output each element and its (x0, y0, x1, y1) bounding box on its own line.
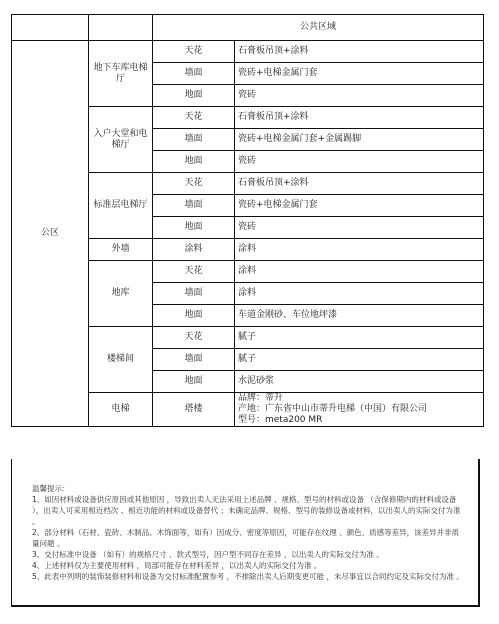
part-cell: 墙面 (153, 63, 235, 85)
material-cell: 腻子 (235, 349, 484, 371)
note-item-4: 4、上述材料仅为主要使用材料 ，局部可能存在材料差异 ，以出卖人的实际交付为准 … (32, 560, 464, 571)
material-cell: 瓷砖 (235, 85, 484, 107)
note-item-2: 2、部分材料（石材、瓷砖、木制品、木饰面等，如有）因成分、密度等原因，可能存在纹… (32, 527, 464, 549)
material-cell: 石膏板吊顶+涂料 (235, 173, 484, 195)
material-cell: 涂料 (235, 261, 484, 283)
note-item-3: 3、交付标准中设备 （如有）的规格尺寸 、款式型号，因户型不同存在差异 ，以出卖… (32, 549, 464, 560)
part-cell: 墙面 (153, 195, 235, 217)
area-cell: 电梯 (89, 393, 153, 427)
notes-content: 温馨提示： 1、如因材料或设备供应原因或其他原因 ，导致出卖人无法采用上述品牌 … (32, 483, 464, 582)
area-cell: 楼梯间 (89, 327, 153, 393)
header-row: 公共区域 (12, 15, 484, 41)
elevator-spec-cell: 品牌：蒂升 产地：广东省中山市蒂升电梯（中国）有限公司 型号：meta200 M… (235, 393, 484, 427)
part-cell: 墙面 (153, 129, 235, 151)
material-cell: 瓷砖 (235, 217, 484, 239)
part-cell: 墙面 (153, 283, 235, 305)
part-cell: 塔楼 (153, 393, 235, 427)
part-cell: 地面 (153, 217, 235, 239)
material-cell: 水泥砂浆 (235, 371, 484, 393)
header-blank-1 (12, 15, 89, 41)
material-cell: 瓷砖 (235, 151, 484, 173)
note-item-5: 5、此表中列明的装饰装修材料和设备为交付标准配置参考 ，不排除出卖人后期变更可能… (32, 571, 464, 582)
material-cell: 涂料 (235, 283, 484, 305)
category-cell: 公区 (12, 41, 89, 427)
note-item-1: 1、如因材料或设备供应原因或其他原因 ，导致出卖人无法采用上述品牌 、规格、型号… (32, 494, 464, 527)
notes-box: 温馨提示： 1、如因材料或设备供应原因或其他原因 ，导致出卖人无法采用上述品牌 … (11, 459, 480, 607)
area-cell: 地下车库电梯厅 (89, 41, 153, 107)
part-cell: 地面 (153, 305, 235, 327)
part-cell: 地面 (153, 151, 235, 173)
part-cell: 天花 (153, 107, 235, 129)
table-row: 公区 地下车库电梯厅 天花 石膏板吊顶+涂料 (12, 41, 484, 63)
part-cell: 墙面 (153, 349, 235, 371)
table-title: 公共区域 (153, 15, 484, 41)
notes-title: 温馨提示： (32, 483, 464, 494)
spec-sheet: 公共区域 公区 地下车库电梯厅 天花 石膏板吊顶+涂料 墙面 瓷砖+电梯金属门套… (11, 14, 483, 427)
public-area-spec-table: 公共区域 公区 地下车库电梯厅 天花 石膏板吊顶+涂料 墙面 瓷砖+电梯金属门套… (11, 14, 484, 427)
part-cell: 地面 (153, 371, 235, 393)
material-cell: 瓷砖+电梯金属门套 (235, 63, 484, 85)
header-blank-2 (89, 15, 153, 41)
elevator-model: 型号：meta200 MR (238, 415, 480, 426)
material-cell: 瓷砖+电梯金属门套 (235, 195, 484, 217)
area-cell: 地库 (89, 261, 153, 327)
material-cell: 车道金刚砂、车位地坪漆 (235, 305, 484, 327)
elevator-brand: 品牌：蒂升 (238, 393, 480, 404)
area-cell: 入户大堂和电梯厅 (89, 107, 153, 173)
area-cell: 标准层电梯厅 (89, 173, 153, 239)
material-cell: 瓷砖+电梯金属门套+金属踢脚 (235, 129, 484, 151)
part-cell: 地面 (153, 85, 235, 107)
material-cell: 石膏板吊顶+涂料 (235, 41, 484, 63)
part-cell: 天花 (153, 261, 235, 283)
part-cell: 涂料 (153, 239, 235, 261)
material-cell: 涂料 (235, 239, 484, 261)
elevator-origin: 产地：广东省中山市蒂升电梯（中国）有限公司 (238, 404, 480, 415)
part-cell: 天花 (153, 327, 235, 349)
area-cell: 外墙 (89, 239, 153, 261)
part-cell: 天花 (153, 173, 235, 195)
material-cell: 腻子 (235, 327, 484, 349)
material-cell: 石膏板吊顶+涂料 (235, 107, 484, 129)
part-cell: 天花 (153, 41, 235, 63)
